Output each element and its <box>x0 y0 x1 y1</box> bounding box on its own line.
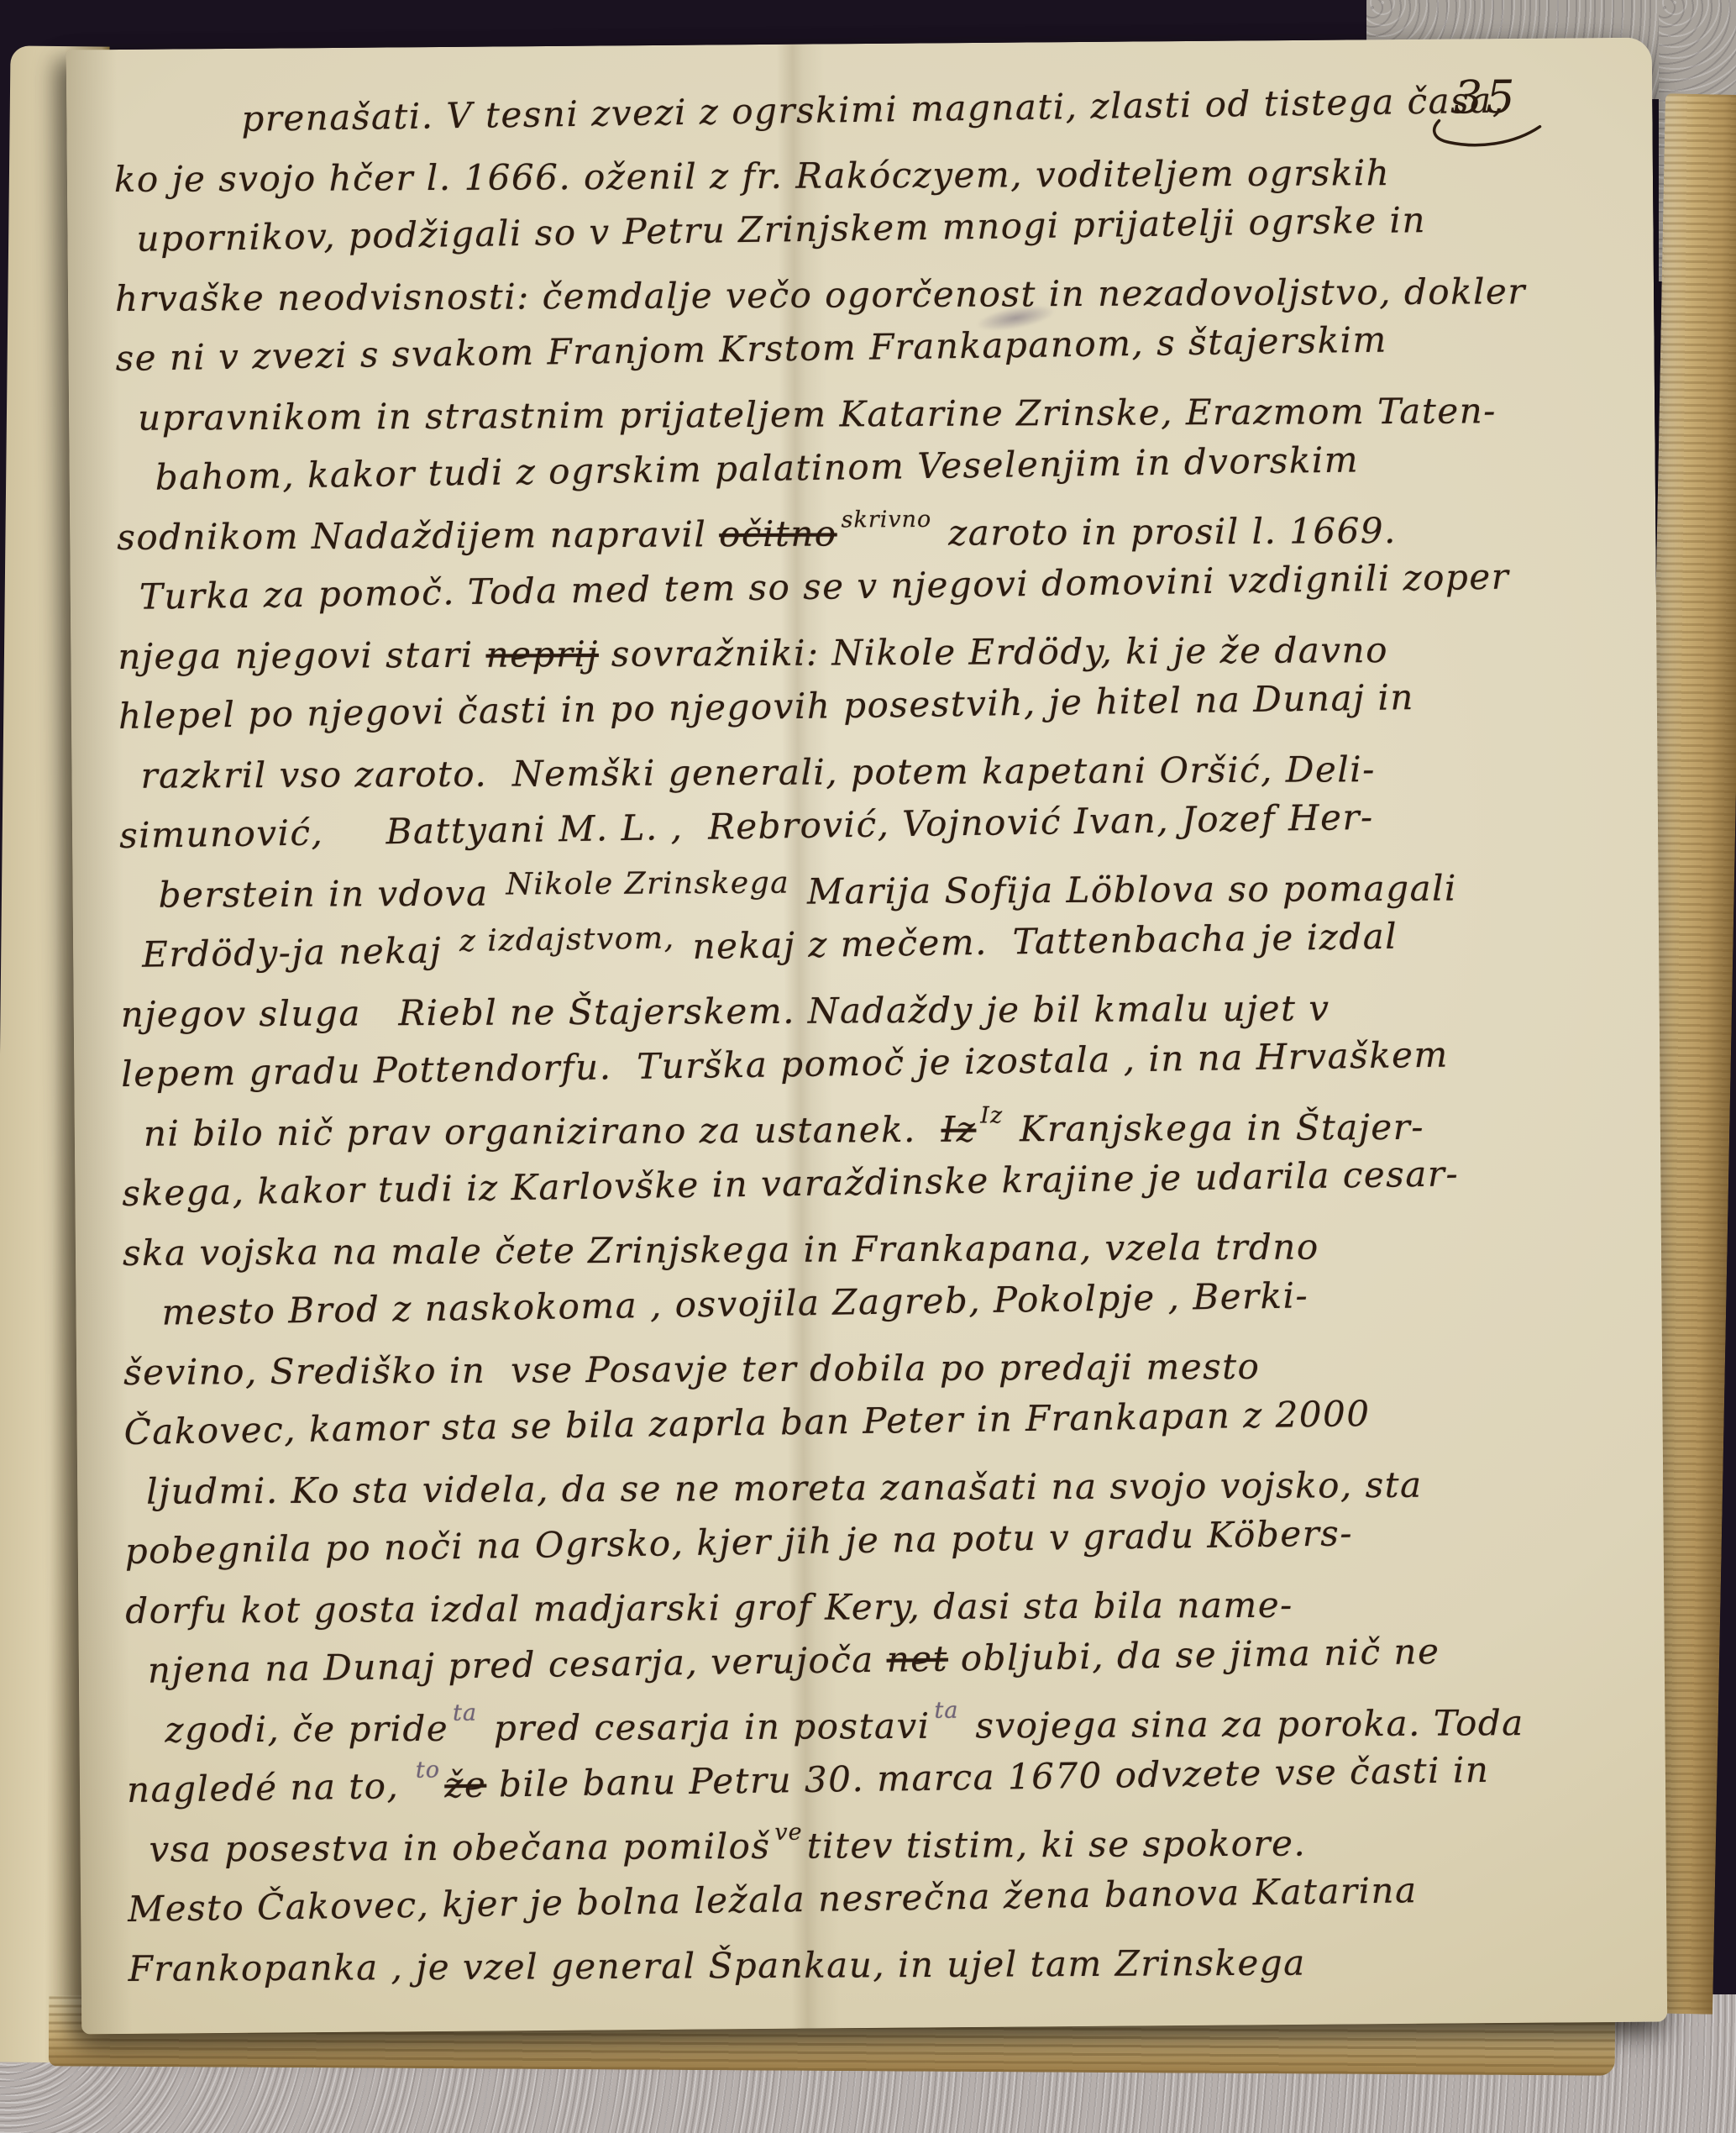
text-segment: Mesto Čakovec, kjer je bolna ležala nesr… <box>128 1869 1418 1930</box>
text-segment: Frankopanka , je vzel general Špankau, i… <box>128 1942 1306 1989</box>
text-segment: neprij <box>485 633 599 675</box>
manuscript-page: 35 prenašati. V tesni zvezi z ogrskimi m… <box>66 38 1667 2035</box>
text-segment: bahom, kakor tudi z ogrskim palatinom Ve… <box>155 439 1359 497</box>
manuscript-line: Frankopanka , je vzel general Špankau, i… <box>128 1931 1625 1999</box>
text-segment: lepem gradu Pottendorfu. Turška pomoč je… <box>121 1034 1449 1095</box>
text-segment: Nikole Zrinskega <box>506 866 789 902</box>
photograph-of-open-book: 35 prenašati. V tesni zvezi z ogrskimi m… <box>0 0 1736 2133</box>
text-segment: ševino, Središko in vse Posavje ter dobi… <box>123 1346 1261 1393</box>
text-segment: dorfu kot gosta izdal madjarski grof Ker… <box>125 1584 1293 1631</box>
text-segment: titev tistim, ki se spokore. <box>807 1823 1307 1867</box>
manuscript-text: prenašati. V tesni zvezi z ogrskimi magn… <box>113 78 1625 1999</box>
text-segment: njega njegovi stari <box>118 634 485 677</box>
text-segment: z izdajstvom, <box>459 921 675 959</box>
text-segment: Čakovec, kamor sta se bila zaprla ban Pe… <box>123 1393 1371 1453</box>
text-segment: zaroto in prosil l. 1669. <box>936 510 1397 554</box>
text-segment: mesto Brod z naskokoma , osvojila Zagreb… <box>161 1274 1309 1332</box>
text-segment: ta <box>453 1700 477 1726</box>
text-segment: skega, kakor tudi iz Karlovške in varažd… <box>122 1153 1459 1214</box>
text-segment: pred cesarja in postavi <box>481 1705 931 1749</box>
text-segment: ska vojska na male čete Zrinjskega in Fr… <box>123 1227 1319 1274</box>
text-segment: bile banu Petru 30. marca 1670 odvzete v… <box>486 1749 1490 1805</box>
text-segment: simunović, Battyani M. L. , Rebrović, Vo… <box>119 796 1374 856</box>
text-segment: skrivno <box>841 507 931 533</box>
text-segment: sodnikom Nadaždijem napravil <box>117 513 719 558</box>
text-segment: nagledé na to, <box>127 1765 412 1810</box>
text-segment: to <box>416 1757 441 1783</box>
text-segment: Iz <box>941 1109 976 1150</box>
text-segment: njena na Dunaj pred cesarja, verujoča <box>148 1639 887 1691</box>
text-segment: vsa posestva in obečana pomiloš <box>149 1826 770 1870</box>
text-segment: Kranjskega in Štajer- <box>1007 1106 1424 1150</box>
text-segment: ve <box>774 1820 802 1846</box>
manuscript-line: prenašati. V tesni zvezi z ogrskimi magn… <box>241 69 1611 149</box>
text-segment: že <box>444 1764 487 1806</box>
text-segment: Iz <box>980 1102 1003 1128</box>
text-segment: Marija Sofija Löblova so pomagali <box>795 868 1457 912</box>
text-segment: berstein in vdova <box>159 872 501 915</box>
text-segment: njegov sluga Riebl ne Štajerskem. Nadažd… <box>121 987 1330 1035</box>
text-segment: Turka za pomoč. Toda med tem so se v nje… <box>139 556 1510 617</box>
text-segment: sovražniki: Nikole Erdödy, ki je že davn… <box>599 629 1388 675</box>
text-segment: upornikov, podžigali so v Petru Zrinjske… <box>136 199 1426 260</box>
text-segment: se ni v zvezi s svakom Franjom Krstom Fr… <box>115 319 1387 379</box>
text-segment: obljubi, da se jima nič ne <box>948 1631 1440 1679</box>
text-segment: nekaj z mečem. Tattenbacha je izdal <box>679 916 1398 968</box>
text-segment: prenašati. V tesni zvezi z ogrskimi magn… <box>241 80 1505 139</box>
text-segment: net <box>886 1638 948 1680</box>
text-segment: očitno <box>719 513 837 555</box>
text-segment: zgodi, če pride <box>165 1708 448 1751</box>
text-segment: ni bilo nič prav organizirano za ustanek… <box>144 1109 941 1154</box>
text-segment: Erdödy-ja nekaj <box>142 929 455 975</box>
text-segment: pobegnila po noči na Ogrsko, kjer jih je… <box>124 1512 1353 1572</box>
text-segment: ta <box>934 1698 958 1724</box>
text-segment: hlepel po njegovi časti in po njegovih p… <box>118 676 1415 737</box>
